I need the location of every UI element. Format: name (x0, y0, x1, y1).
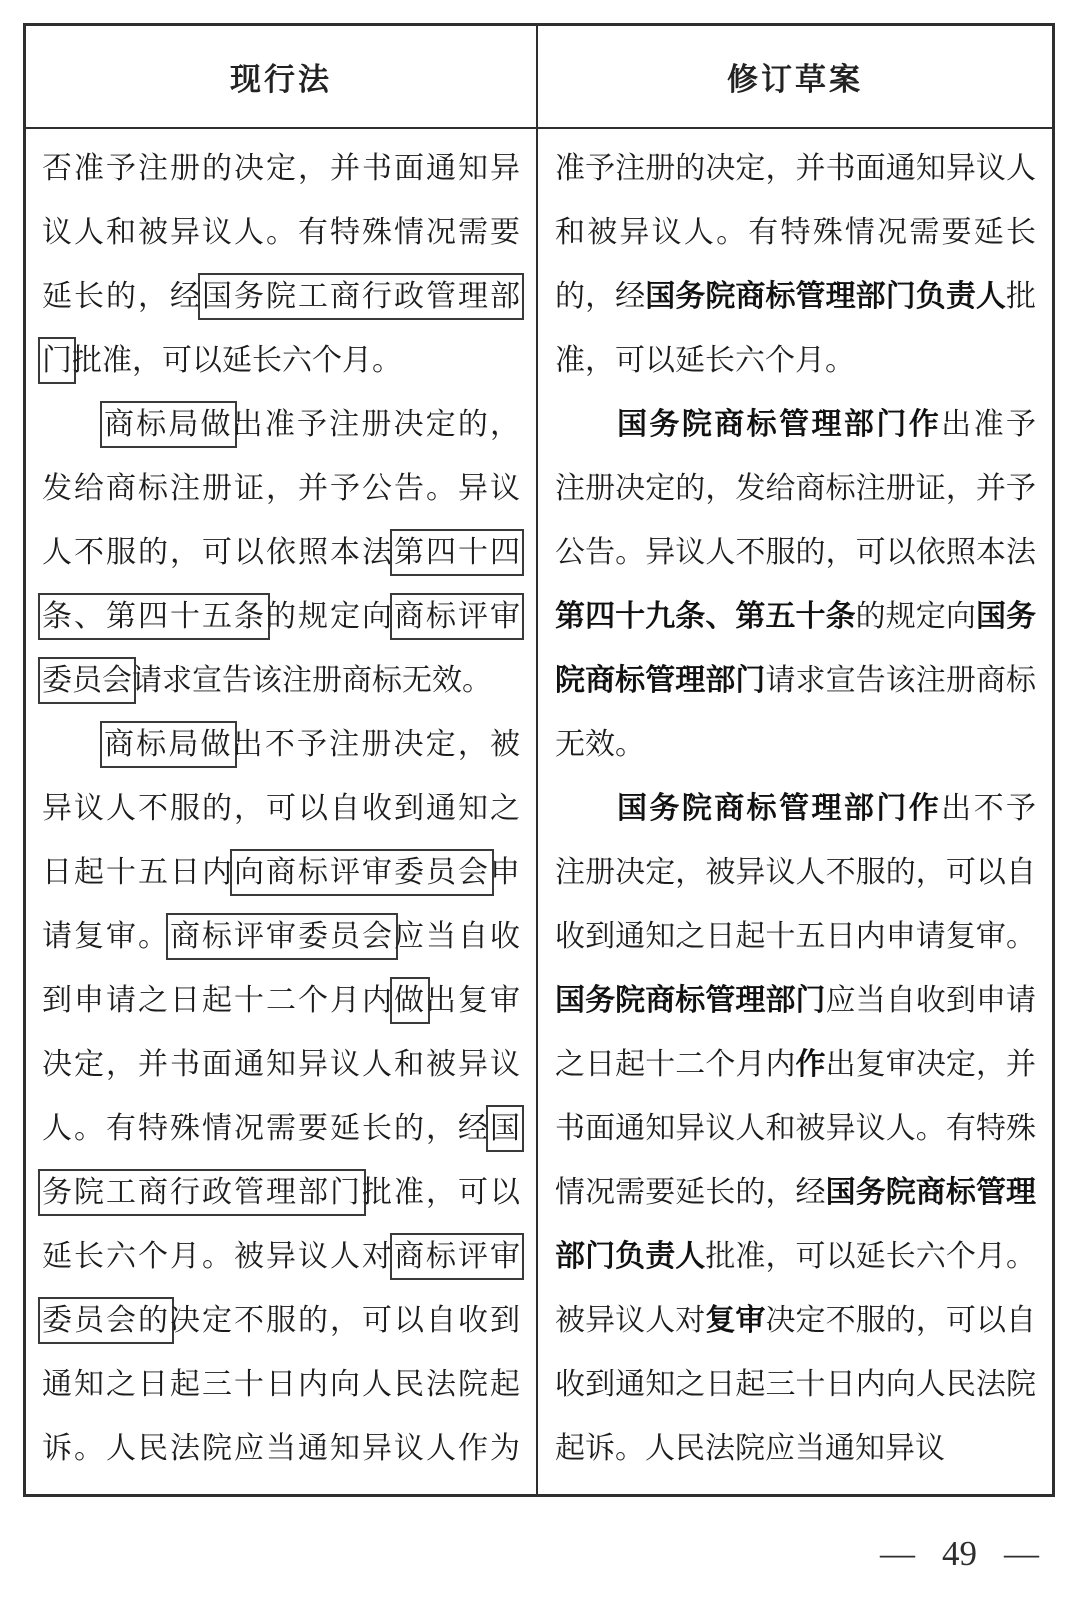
paragraph: 国务院商标管理部门作出准予注册决定的，发给商标注册证，并予公告。异议人不服的，可… (555, 393, 1036, 777)
paragraph: 否准予注册的决定，并书面通知异议人和被异议人。有特殊情况需要延长的，经国务院工商… (42, 137, 520, 393)
revised-draft-column: 准予注册的决定，并书面通知异议人和被异议人。有特殊情况需要延长的，经国务院商标管… (538, 129, 1052, 1494)
emphasized-text: 作 (796, 1048, 826, 1081)
page-number: 49 (942, 1534, 977, 1574)
emphasized-text: 第四十九条、第五十条 (555, 600, 856, 633)
emphasized-text: 复审 (705, 1304, 765, 1337)
boxed-text: 做 (390, 977, 430, 1024)
table-body-row: 否准予注册的决定，并书面通知异议人和被异议人。有特殊情况需要延长的，经国务院工商… (26, 129, 1052, 1494)
current-law-column: 否准予注册的决定，并书面通知异议人和被异议人。有特殊情况需要延长的，经国务院工商… (26, 129, 538, 1494)
emphasized-text: 国务院商标管理部门负责人 (645, 280, 1006, 313)
boxed-text: 商标评审委员会 (166, 913, 398, 960)
emphasized-text: 国务院商标管理部门作 (617, 792, 941, 825)
emphasized-text: 国务院商标管理部门 (555, 984, 826, 1017)
emphasized-text: 国务院商标管理部门作 (617, 408, 941, 441)
footer-dash-right: — (1004, 1534, 1039, 1574)
text-segment: 请求宣告该注册商标无效。 (132, 664, 492, 697)
paragraph: 商标局做出准予注册决定的，发给商标注册证，并予公告。异议人不服的，可以依照本法第… (42, 393, 520, 713)
boxed-text: 商标局做 (100, 721, 237, 768)
paragraph: 准予注册的决定，并书面通知异议人和被异议人。有特殊情况需要延长的，经国务院商标管… (555, 137, 1036, 393)
text-segment: 的规定向 (856, 600, 976, 633)
text-segment: 批准，可以延长六个月。 (72, 344, 402, 377)
paragraph: 国务院商标管理部门作出不予注册决定，被异议人不服的，可以自收到通知之日起十五日内… (555, 777, 1036, 1481)
header-revised-draft: 修订草案 (538, 26, 1052, 127)
boxed-text: 商标局做 (100, 401, 237, 448)
header-current-law: 现行法 (26, 26, 538, 127)
table-header-row: 现行法 修订草案 (26, 26, 1052, 129)
comparison-table: 现行法 修订草案 否准予注册的决定，并书面通知异议人和被异议人。有特殊情况需要延… (23, 23, 1055, 1497)
boxed-text: 向商标评审委员会 (230, 849, 494, 896)
page-footer: — 49 — (880, 1534, 1039, 1574)
text-segment: 的规定向 (266, 600, 394, 633)
footer-dash-left: — (880, 1534, 915, 1574)
paragraph: 商标局做出不予注册决定，被异议人不服的，可以自收到通知之日起十五日内向商标评审委… (42, 713, 520, 1494)
